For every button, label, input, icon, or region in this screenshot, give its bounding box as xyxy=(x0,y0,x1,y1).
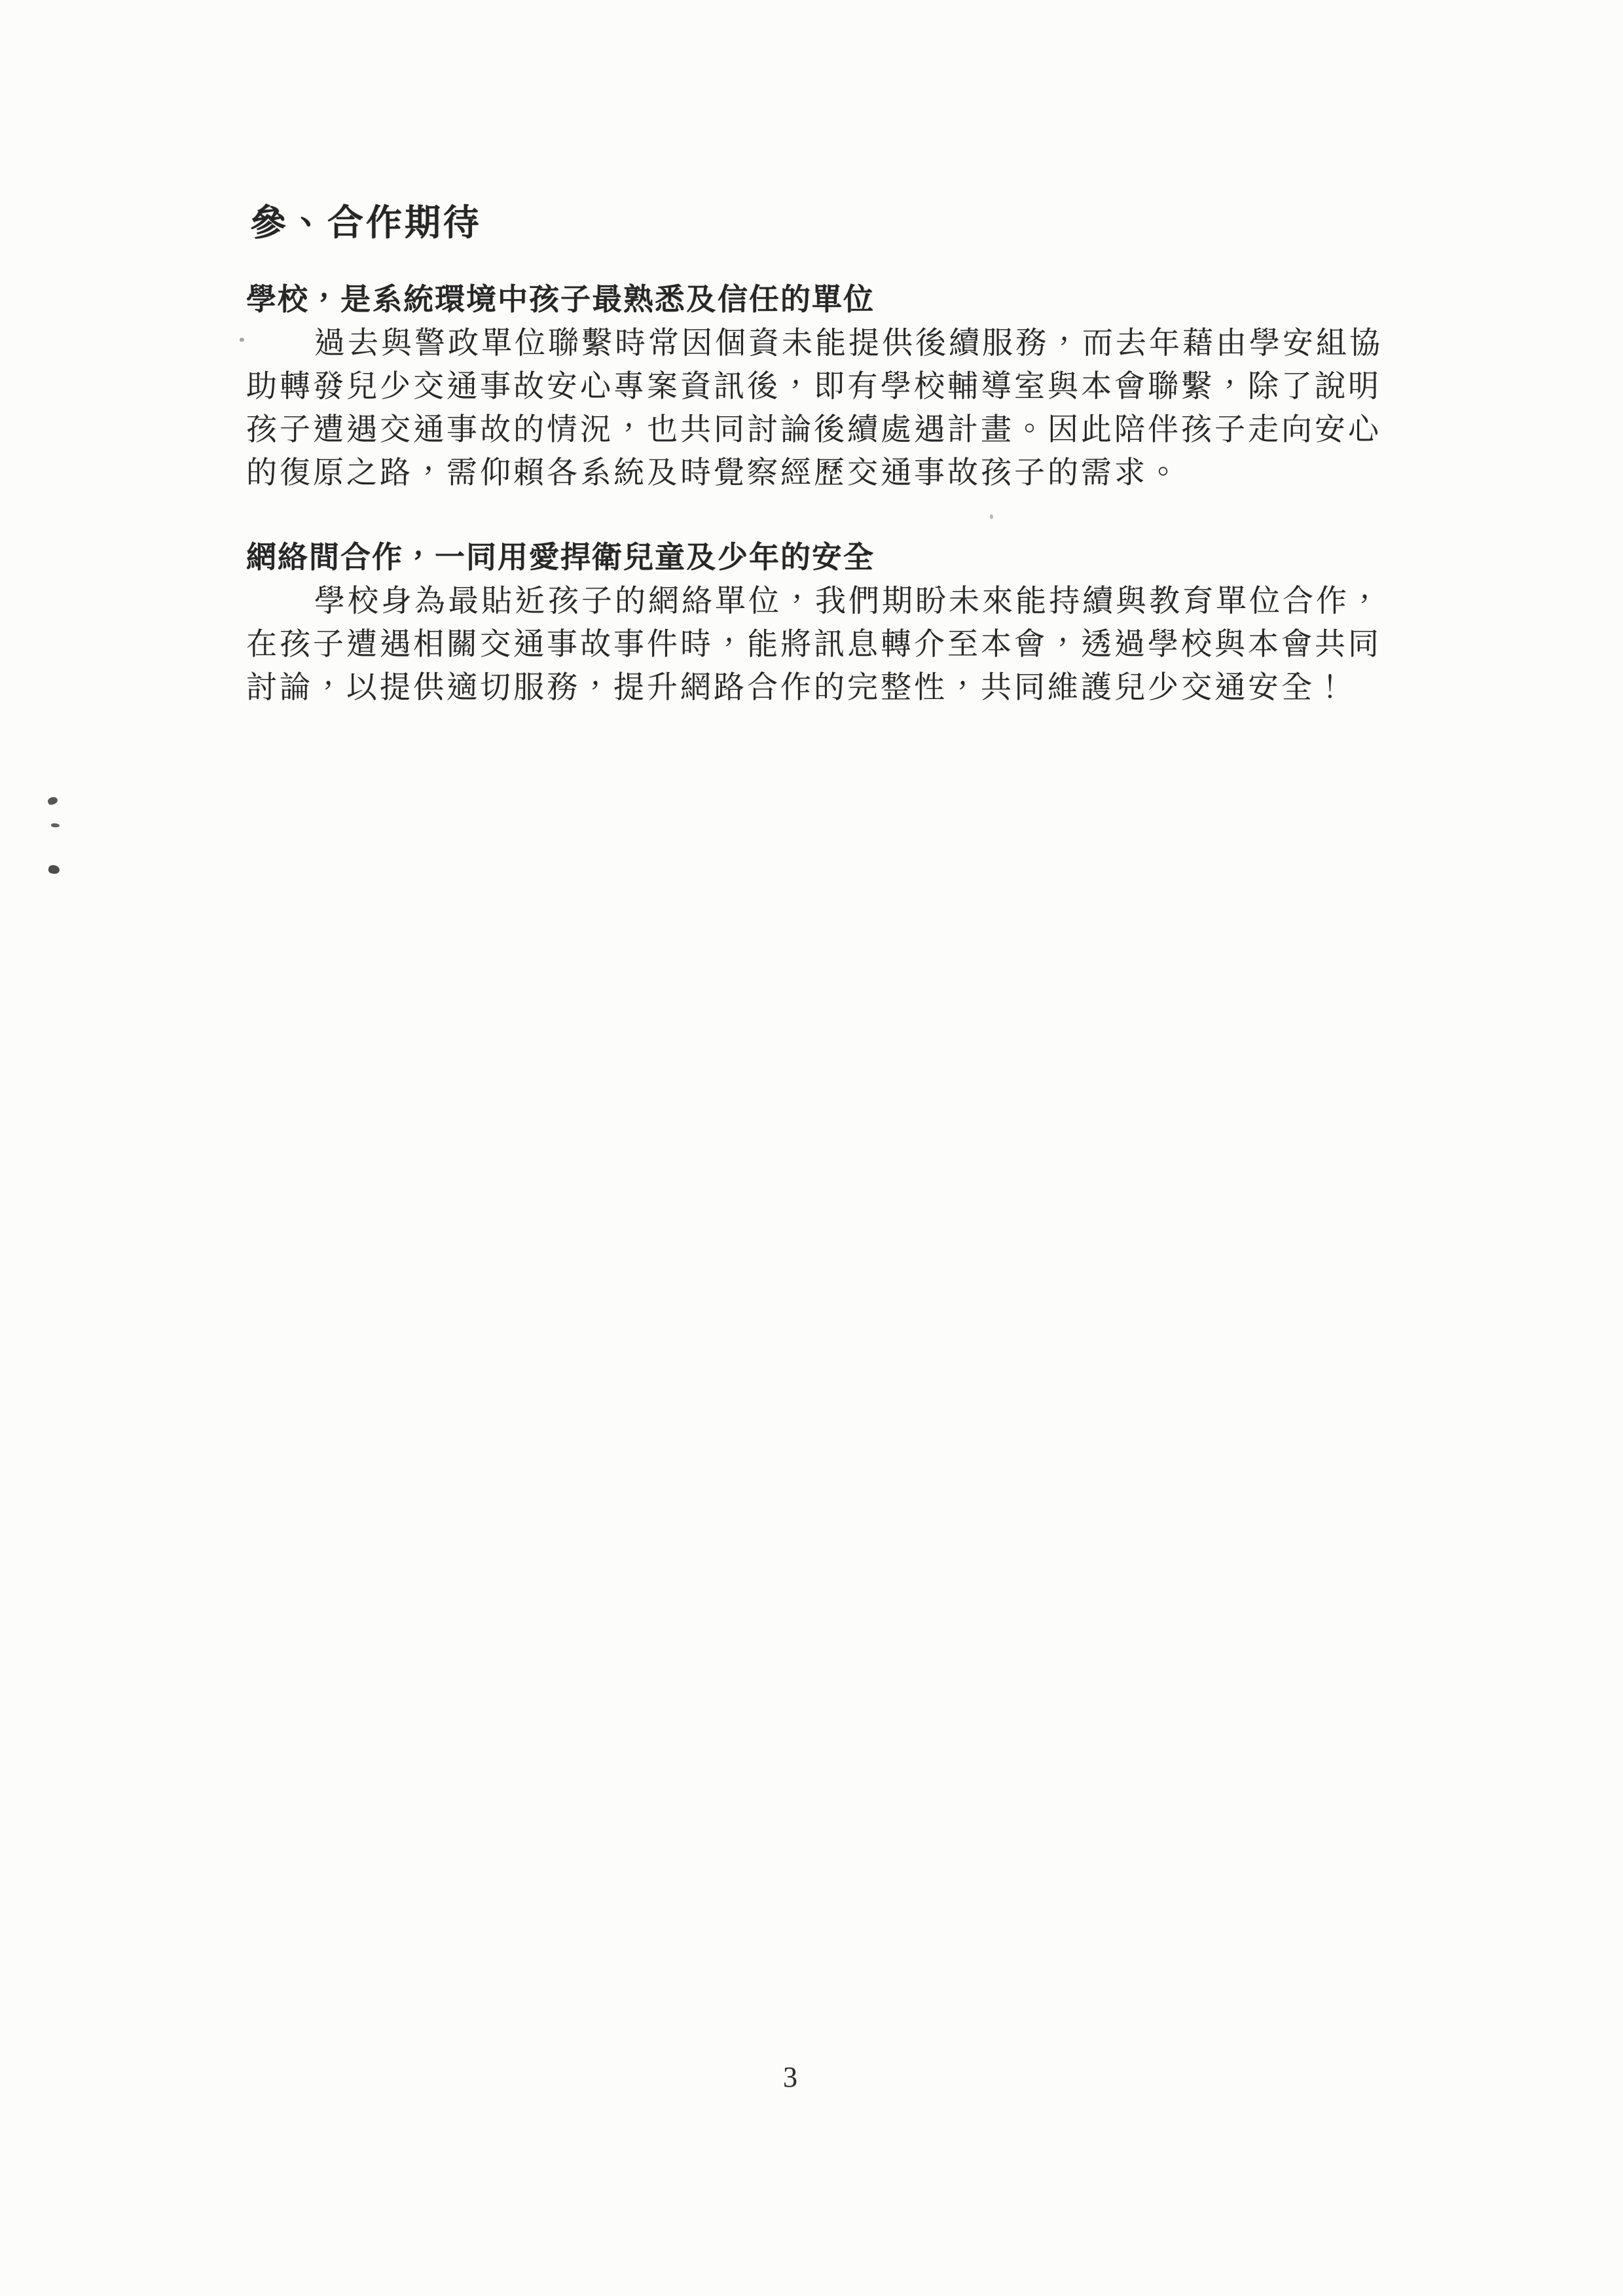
text-line: 在孩子遭遇相關交通事故事件時，能將訊息轉介至本會，透過學校與本會共同 xyxy=(246,623,1398,666)
text-line: 的復原之路，需仰賴各系統及時覺察經歷交通事故孩子的需求。 xyxy=(246,452,1398,495)
scan-speck xyxy=(990,514,993,519)
section-school-trust: 學校，是系統環境中孩子最熟悉及信任的單位 過去與警政單位聯繫時常因個資未能提供後… xyxy=(246,278,1398,495)
text-line: 討論，以提供適切服務，提升網路合作的完整性，共同維護兒少交通安全！ xyxy=(246,666,1398,709)
scan-speck xyxy=(48,865,60,874)
page-title: 參、合作期待 xyxy=(250,194,482,245)
text-line: 學校身為最貼近孩子的網絡單位，我們期盼未來能持續與教育單位合作， xyxy=(246,580,1398,623)
text-line: 助轉發兒少交通事故安心專案資訊後，即有學校輔導室與本會聯繫，除了說明 xyxy=(246,365,1398,408)
paragraph: 過去與警政單位聯繫時常因個資未能提供後續服務，而去年藉由學安組協 助轉發兒少交通… xyxy=(246,322,1398,495)
scan-speck xyxy=(240,338,244,342)
document-page: 參、合作期待 學校，是系統環境中孩子最熟悉及信任的單位 過去與警政單位聯繫時常因… xyxy=(0,0,1623,2296)
text-line: 過去與警政單位聯繫時常因個資未能提供後續服務，而去年藉由學安組協 xyxy=(246,322,1398,365)
text-line: 孩子遭遇交通事故的情況，也共同討論後續處遇計畫。因此陪伴孩子走向安心 xyxy=(246,408,1398,452)
paragraph: 學校身為最貼近孩子的網絡單位，我們期盼未來能持續與教育單位合作， 在孩子遭遇相關… xyxy=(246,580,1398,709)
section-network-cooperation: 網絡間合作，一同用愛捍衛兒童及少年的安全 學校身為最貼近孩子的網絡單位，我們期盼… xyxy=(246,535,1398,709)
page-number: 3 xyxy=(783,2060,797,2094)
section-heading: 網絡間合作，一同用愛捍衛兒童及少年的安全 xyxy=(246,535,1398,580)
section-heading: 學校，是系統環境中孩子最熟悉及信任的單位 xyxy=(246,278,1398,322)
scan-speck xyxy=(47,796,59,806)
scan-speck xyxy=(51,823,60,828)
